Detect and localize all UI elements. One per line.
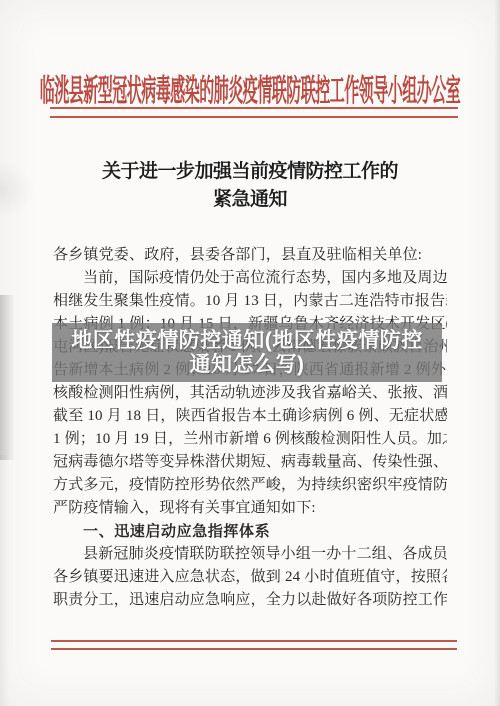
body-line: 严防疫情输入，现将有关事宜通知如下: xyxy=(53,497,447,520)
body-line: 方式多元，疫情防控形势依然严峻，为持续织密织牢疫情防控网， xyxy=(53,474,447,497)
scan-smudge xyxy=(0,295,15,460)
body-line: 冠病毒德尔塔等变异株潜伏期短、病毒载量高、传染性强、传播 xyxy=(53,451,447,474)
body-line: 截至 10 月 18 日，陕西省报告本土确诊病例 6 例、无症状感染者 xyxy=(53,405,447,428)
letterhead-title: 临洮县新型冠状病毒感染的肺炎疫情联防联控工作领导小组办公室 xyxy=(0,68,500,111)
document-title: 关于进一步加强当前疫情防控工作的 紧急通知 xyxy=(0,158,500,214)
footer-double-rule xyxy=(51,640,457,650)
caption-line1: 地区性疫情防控通知(地区性疫情防控 xyxy=(71,329,423,353)
letterhead-double-rule xyxy=(50,107,458,118)
body-line: 1 例；10 月 19 日，兰州市新增 6 例核酸检测阳性人员。加之新 xyxy=(53,428,447,451)
scan-smudge xyxy=(0,455,9,706)
caption-line2: 通知怎么写) xyxy=(190,353,305,377)
section-heading: 一、迅速启动应急指挥体系 xyxy=(53,520,447,543)
body-line: 核酸检测阳性病例，其活动轨迹涉及我省嘉峪关、张掖、酒泉市， xyxy=(53,382,447,405)
body-line: 相继发生聚集性疫情。10 月 13 日，内蒙古二连浩特市报告新增 xyxy=(53,290,447,313)
body-line: 各乡镇要迅速进入应急状态，做到 24 小时值班值守，按照各自 xyxy=(53,566,447,589)
body-line: 职责分工，迅速启动应急响应，全力以赴做好各项防控工作。全 xyxy=(53,589,447,612)
body-line: 县新冠肺炎疫情联防联控领导小组一办十二组、各成员单位、 xyxy=(53,543,447,566)
body-line: 各乡镇党委、政府，县委各部门，县直及驻临相关单位: xyxy=(53,244,447,267)
scanned-notice-photo: 临洮县新型冠状病毒感染的肺炎疫情联防联控工作领导小组办公室 关于进一步加强当前疫… xyxy=(0,0,500,706)
document-body: 各乡镇党委、政府，县委各部门，县直及驻临相关单位: 当前，国际疫情仍处于高位流行… xyxy=(53,244,447,612)
document-title-line2: 紧急通知 xyxy=(0,186,500,214)
body-line: 当前，国际疫情仍处于高位流行态势，国内多地及周边省份 xyxy=(53,267,447,290)
document-title-line1: 关于进一步加强当前疫情防控工作的 xyxy=(0,158,500,186)
caption-overlay: 地区性疫情防控通知(地区性疫情防控 通知怎么写) xyxy=(52,323,442,382)
